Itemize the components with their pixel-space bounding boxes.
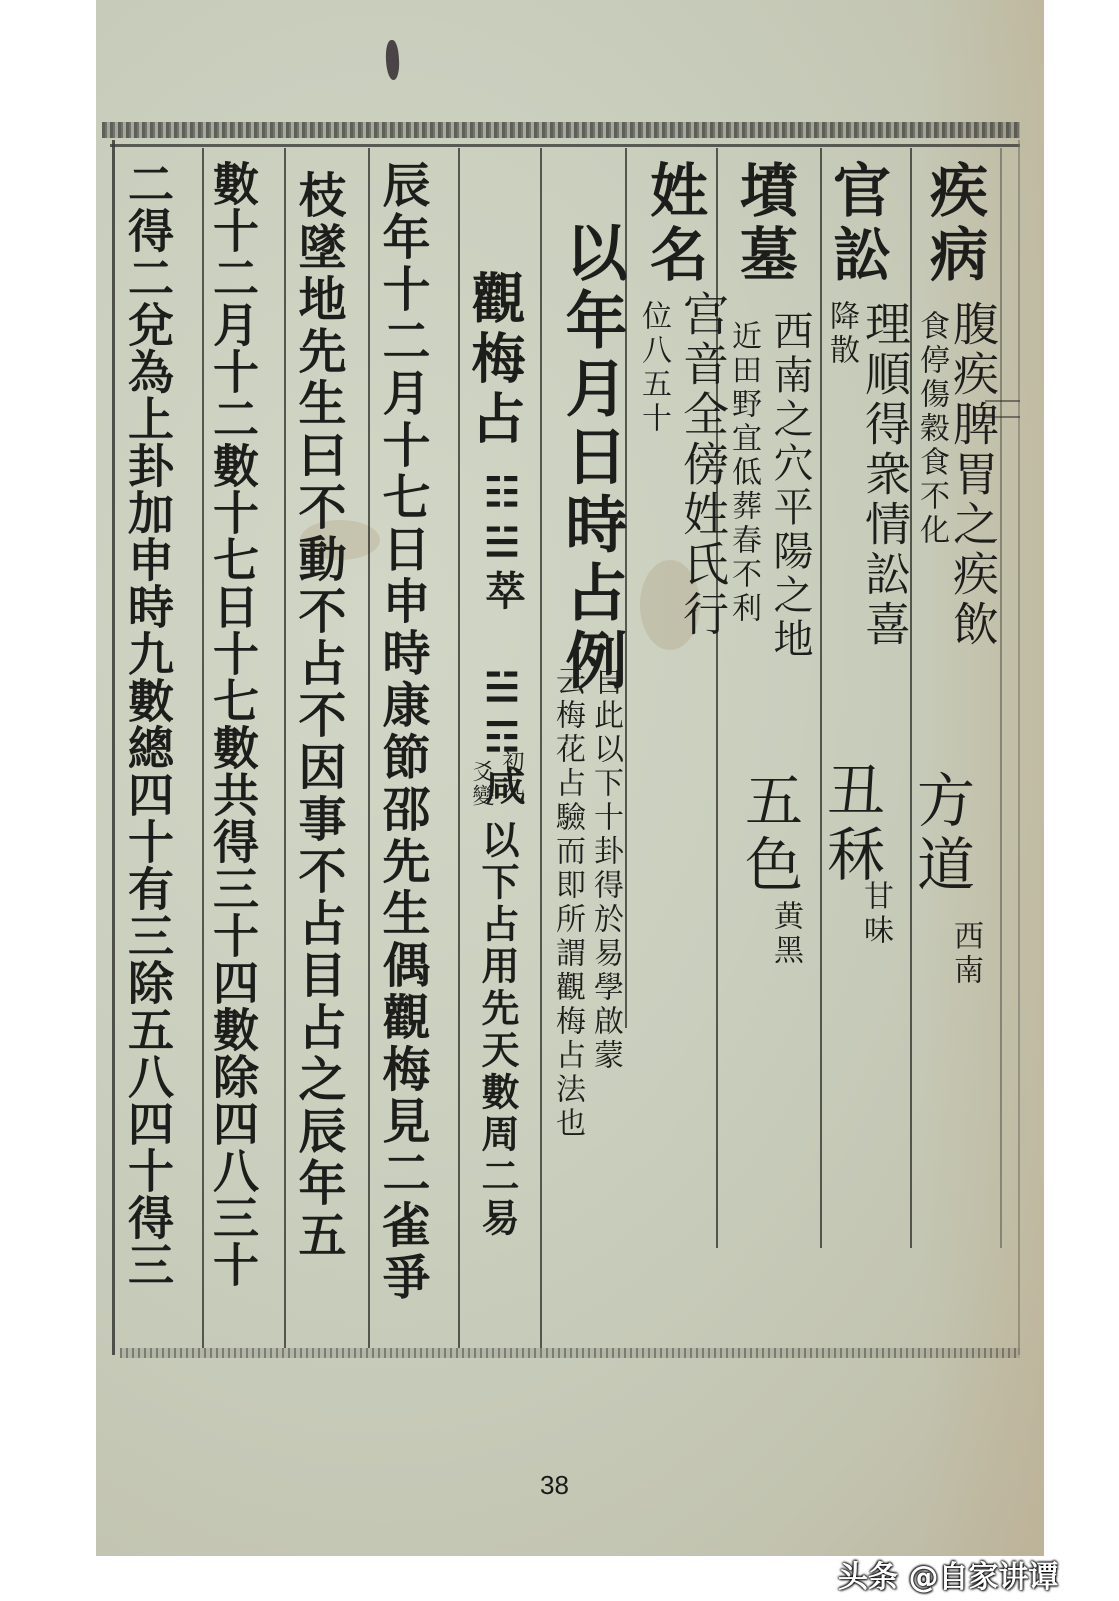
author-illness: 方道 <box>912 770 970 898</box>
top-border-band <box>102 122 1020 138</box>
note-surname: 位八五十 <box>638 300 668 436</box>
note-lawsuit: 降散 <box>826 300 856 368</box>
column-divider <box>284 148 286 1348</box>
note-right-example: 自此以下十卦得於易學啟蒙 <box>590 665 620 1073</box>
body-line-9: 數十二月十二數十七日十七數共得三十四數除四八三十 <box>210 160 256 1288</box>
heading-illness: 疾病 <box>925 160 983 288</box>
note-first-nine: 初九 <box>500 750 522 798</box>
note-line-change: 爻變 <box>470 760 492 808</box>
heading-divination-example: 以年月日時占例 <box>560 220 622 696</box>
left-frame-line <box>112 140 115 1355</box>
source-watermark: 头条 @自家讲谭 <box>838 1552 1058 1596</box>
column-divider <box>820 148 822 1248</box>
text-surname: 宫音全傍姓氏行 <box>680 290 726 640</box>
note-tomb: 近田野宜低葬春不利 <box>728 320 758 626</box>
tail-text: 以下占用先天數周二易 <box>478 820 516 1240</box>
column-divider <box>540 148 542 1348</box>
author-note-illness: 西南 <box>950 920 980 988</box>
text-tomb: 西南之穴平陽之地 <box>770 310 810 662</box>
heading-lawsuit: 官訟 <box>828 160 886 288</box>
bottom-border-band <box>120 1348 1020 1358</box>
column-divider <box>368 148 370 1348</box>
heading-tomb: 墳墓 <box>735 160 793 288</box>
heading-surname: 姓名 <box>645 160 703 288</box>
body-line-7: 辰年十二月十七日申時康節邵先生偶觀梅見二雀爭 <box>378 160 426 1304</box>
column-divider <box>1000 148 1002 1248</box>
body-line-8: 枝墜地先生曰不動不占不因事不占目占之辰年五 <box>294 170 342 1262</box>
author-note-tomb: 黄黑 <box>770 900 800 968</box>
author-note-lawsuit: 甘味 <box>860 880 890 948</box>
text-illness: 腹疾脾胃之疾飲 <box>950 300 996 650</box>
right-frame-line <box>1018 140 1020 1355</box>
column-divider <box>202 148 204 1348</box>
heading-plum-observation: 觀梅占 <box>468 270 522 450</box>
top-rule <box>110 144 1020 147</box>
note-left-example: 云梅花占驗而即所謂觀梅占法也 <box>552 665 582 1141</box>
text-lawsuit: 理順得衆情訟喜 <box>862 300 908 650</box>
column-divider <box>458 148 460 1348</box>
author-tomb: 五色 <box>740 770 798 898</box>
body-line-10: 二得二兌為上卦加申時九數總四十有三除五八四十得三 <box>125 160 171 1288</box>
page-number: 38 <box>540 1470 569 1501</box>
note-illness: 食停傷穀食不化 <box>916 310 946 548</box>
author-lawsuit: 丑秝 <box>822 760 880 888</box>
